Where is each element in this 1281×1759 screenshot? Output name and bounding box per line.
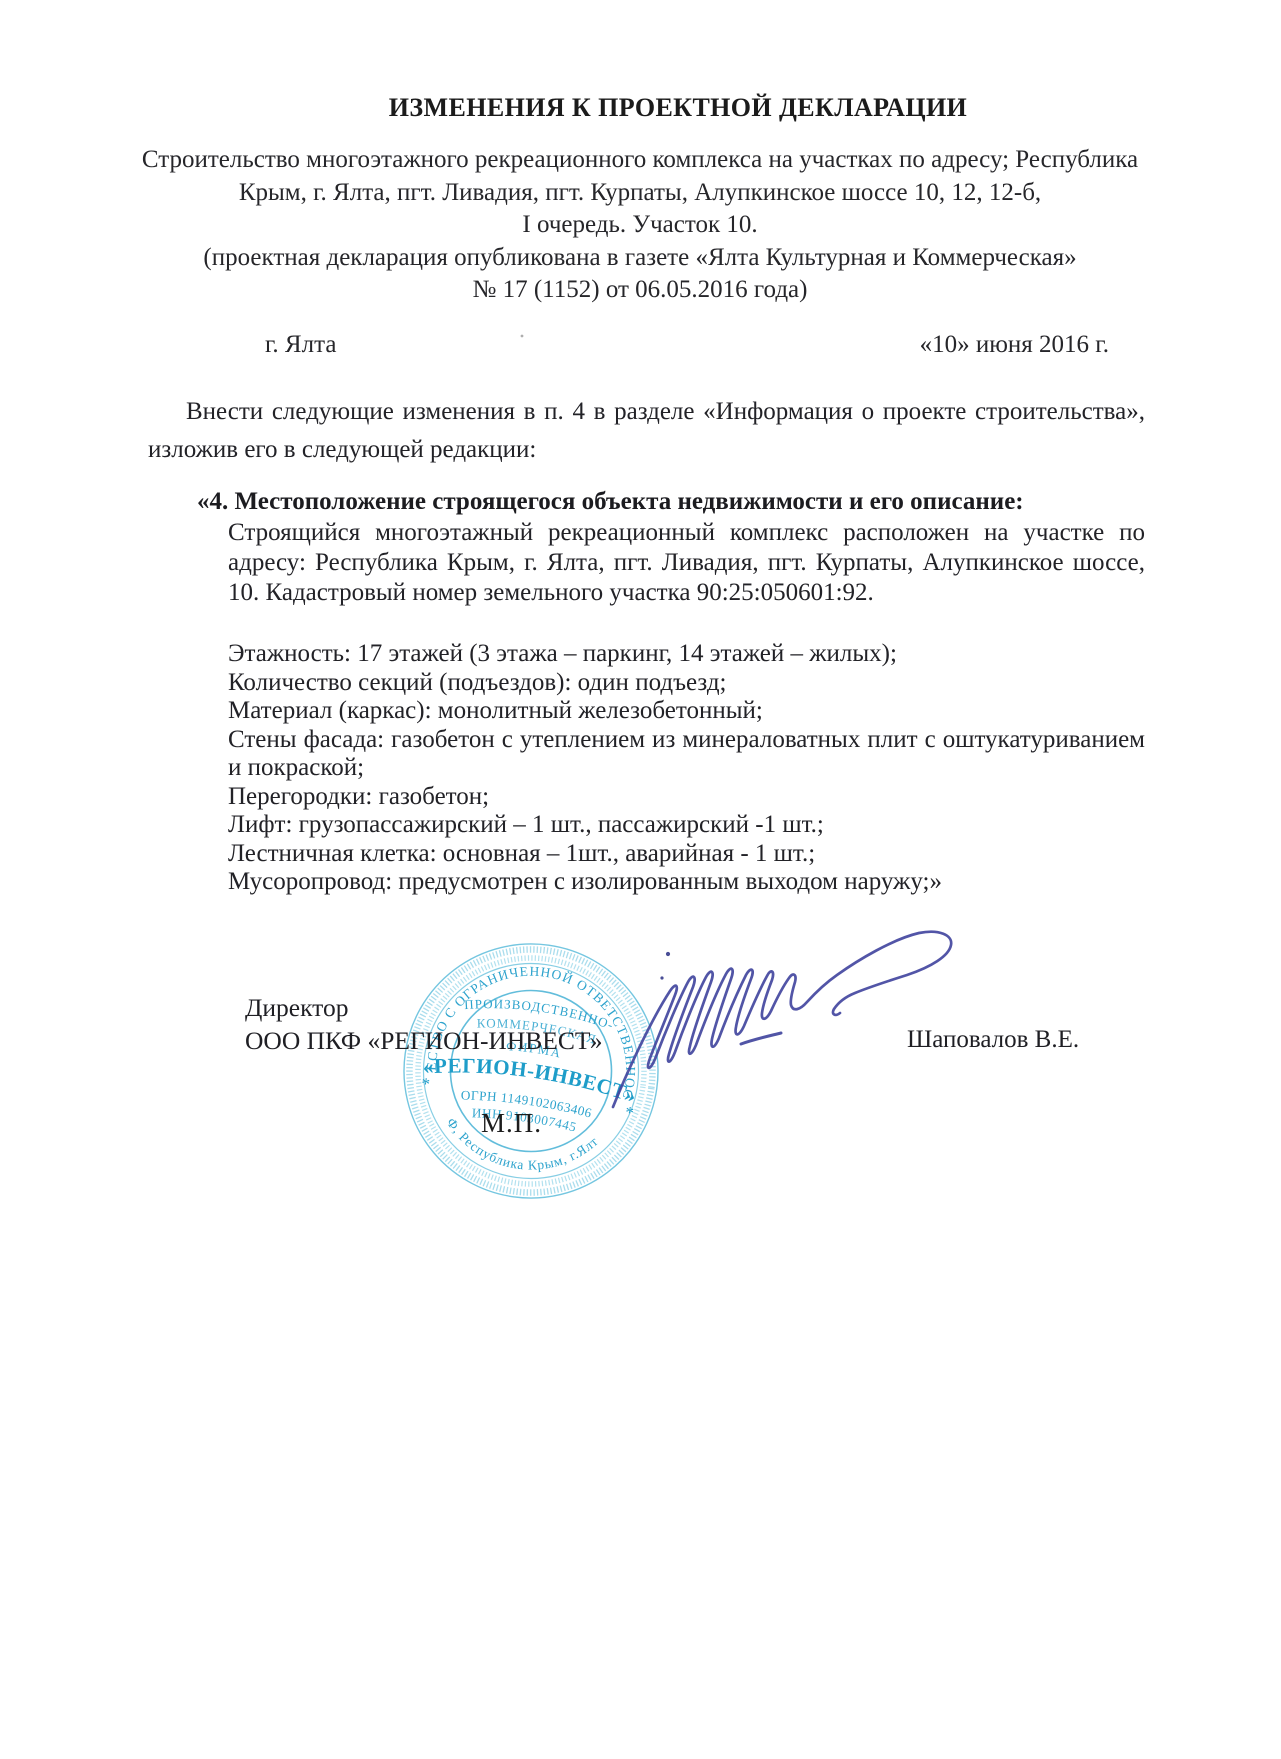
dateline: г. Ялта «10» июня 2016 г. <box>265 331 1109 359</box>
seal-mark-label: М.П. <box>481 1108 542 1139</box>
seal-microtext-ring <box>403 943 658 1198</box>
section4-heading: «4. Местоположение строящегося объекта н… <box>197 488 1024 516</box>
subtitle-line: № 17 (1152) от 06.05.2016 года) <box>130 274 1150 307</box>
signature-stroke <box>613 932 951 1107</box>
page-title: ИЗМЕНЕНИЯ К ПРОЕКТНОЙ ДЕКЛАРАЦИИ <box>170 93 1186 123</box>
ink-dot <box>660 976 663 979</box>
place-label: г. Ялта <box>265 331 336 359</box>
seal-outer-ring <box>388 928 675 1215</box>
director-title: Директор <box>245 991 603 1024</box>
company-name: ООО ПКФ «РЕГИОН-ИНВЕСТ» <box>245 1024 603 1057</box>
handwritten-signature <box>613 932 951 1107</box>
subtitle-line: (проектная декларация опубликована в газ… <box>130 242 1150 275</box>
specs-list: Этажность: 17 этажей (3 этажа – паркинг,… <box>228 640 1145 897</box>
date-label: «10» июня 2016 г. <box>920 331 1109 359</box>
ink-dot <box>666 952 670 956</box>
subtitle-line: Строительство многоэтажного рекреационно… <box>130 144 1150 177</box>
spec-item: Лестничная клетка: основная – 1шт., авар… <box>228 840 1145 869</box>
scanned-document-page: ИЗМЕНЕНИЯ К ПРОЕКТНОЙ ДЕКЛАРАЦИИ Строите… <box>0 0 1281 1759</box>
spec-item: Этажность: 17 этажей (3 этажа – паркинг,… <box>228 640 1145 669</box>
seal-microtext-ring <box>394 934 668 1208</box>
seal-star-right: * <box>624 1103 635 1123</box>
subtitle-line: I очередь. Участок 10. <box>130 209 1150 242</box>
seal-star-left: * <box>420 1074 431 1094</box>
spec-item: Перегородки: газобетон; <box>228 783 1145 812</box>
spec-item: Стены фасада: газобетон с утеплением из … <box>228 726 1145 783</box>
signature-dash <box>741 1033 781 1044</box>
section4-body: Строящийся многоэтажный рекреационный ко… <box>228 518 1145 608</box>
spec-item: Лифт: грузопассажирский – 1 шт., пассажи… <box>228 811 1145 840</box>
seal-middle-ring <box>410 950 653 1193</box>
document-subtitle: Строительство многоэтажного рекреационно… <box>130 144 1150 307</box>
signature-role-block: Директор ООО ПКФ «РЕГИОН-ИНВЕСТ» <box>245 991 603 1057</box>
intro-paragraph: Внести следующие изменения в п. 4 в разд… <box>148 393 1145 469</box>
spec-item: Количество секций (подъездов): один подъ… <box>228 669 1145 698</box>
subtitle-line: Крым, г. Ялта, пгт. Ливадия, пгт. Курпат… <box>130 177 1150 210</box>
spec-item: Мусоропровод: предусмотрен с изолированн… <box>228 868 1145 897</box>
spec-item: Материал (каркас): монолитный железобето… <box>228 697 1145 726</box>
signer-name: Шаповалов В.Е. <box>907 1026 1079 1054</box>
